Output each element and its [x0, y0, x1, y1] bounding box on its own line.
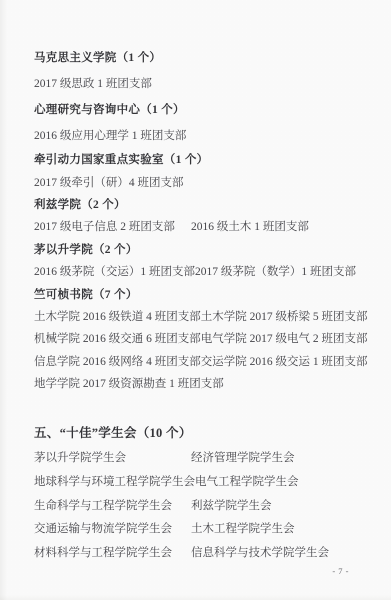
- student-union-row: 交通运输与物流学院学生会 土木工程学院学生会: [34, 516, 377, 540]
- branch-row: 2017 级牵引（研）4 班团支部: [34, 170, 377, 192]
- student-union-cell: 经济管理学院学生会: [191, 449, 295, 465]
- student-union-cell: 电气工程学院学生会: [195, 473, 299, 489]
- student-union-cell: 交通运输与物流学院学生会: [34, 520, 191, 536]
- branch-cell: 2017 级牵引（研）4 班团支部: [34, 174, 191, 190]
- student-union-cell: 土木工程学院学生会: [191, 520, 295, 536]
- student-union-cell: 利兹学院学生会: [191, 497, 272, 513]
- college-header: 利兹学院（2 个）: [34, 193, 377, 215]
- college-header: 马克思主义学院（1 个）: [34, 44, 377, 70]
- branch-cell: 2016 级应用心理学 1 班团支部: [34, 127, 191, 143]
- college-header-text: 竺可桢书院（7 个）: [34, 286, 191, 302]
- college-header: 茅以升学院（2 个）: [34, 238, 377, 260]
- branch-cell: 2017 级电子信息 2 班团支部: [34, 218, 191, 234]
- student-union-cell: 生命科学与工程学院学生会: [34, 497, 191, 513]
- college-header-text: 利兹学院（2 个）: [34, 196, 191, 212]
- document-body: 马克思主义学院（1 个） 2017 级思政 1 班团支部 心理研究与咨询中心（1…: [34, 44, 377, 564]
- branch-row: 地学学院 2017 级资源勘查 1 班团支部: [34, 372, 377, 394]
- branch-cell: 地学学院 2017 级资源勘查 1 班团支部: [34, 375, 224, 391]
- college-header: 心理研究与咨询中心（1 个）: [34, 96, 377, 122]
- branch-row: 2017 级思政 1 班团支部: [34, 70, 377, 96]
- student-union-cell: 信息科学与技术学院学生会: [191, 544, 329, 560]
- branch-row: 2016 级应用心理学 1 班团支部: [34, 122, 377, 148]
- college-header-text: 心理研究与咨询中心（1 个）: [34, 101, 191, 117]
- branch-cell: 电气学院 2017 级电气 2 班团支部: [201, 330, 368, 346]
- student-union-row: 茅以升学院学生会 经济管理学院学生会: [34, 445, 377, 469]
- student-union-cell: 茅以升学院学生会: [34, 449, 191, 465]
- branch-row: 2017 级电子信息 2 班团支部 2016 级土木 1 班团支部: [34, 215, 377, 237]
- branch-cell: 土木学院 2016 级铁道 4 班团支部: [34, 308, 201, 324]
- student-union-cell: 地球科学与环境工程学院学生会: [34, 473, 195, 489]
- college-header-text: 马克思主义学院（1 个）: [34, 49, 191, 65]
- section-title: 五、“十佳”学生会（10 个）: [34, 418, 377, 445]
- branch-cell: 2016 级茅院（交运）1 班团支部: [34, 263, 195, 279]
- branch-cell: 2016 级土木 1 班团支部: [191, 218, 309, 234]
- college-header-text: 茅以升学院（2 个）: [34, 241, 191, 257]
- branch-award-section: 马克思主义学院（1 个） 2017 级思政 1 班团支部 心理研究与咨询中心（1…: [34, 44, 377, 394]
- branch-cell: 机械学院 2016 级交通 6 班团支部: [34, 330, 201, 346]
- page-number: - 7 -: [332, 566, 349, 576]
- branch-cell: 信息学院 2016 级网络 4 班团支部: [34, 353, 201, 369]
- branch-cell: 2017 级茅院（数学）1 班团支部: [195, 263, 356, 279]
- branch-cell: 土木学院 2017 级桥梁 5 班团支部: [201, 308, 368, 324]
- student-union-cell: 材料科学与工程学院学生会: [34, 544, 191, 560]
- branch-row: 土木学院 2016 级铁道 4 班团支部 土木学院 2017 级桥梁 5 班团支…: [34, 305, 377, 327]
- branch-cell: 交运学院 2016 级交运 1 班团支部: [201, 353, 368, 369]
- branch-row: 机械学院 2016 级交通 6 班团支部 电气学院 2017 级电气 2 班团支…: [34, 327, 377, 349]
- student-union-row: 生命科学与工程学院学生会 利兹学院学生会: [34, 493, 377, 517]
- college-header: 牵引动力国家重点实验室（1 个）: [34, 148, 377, 170]
- branch-cell: 2017 级思政 1 班团支部: [34, 75, 191, 91]
- college-header: 竺可桢书院（7 个）: [34, 282, 377, 304]
- top-ten-student-union-section: 五、“十佳”学生会（10 个） 茅以升学院学生会 经济管理学院学生会 地球科学与…: [34, 418, 377, 563]
- college-header-text: 牵引动力国家重点实验室（1 个）: [34, 151, 208, 167]
- student-union-row: 材料科学与工程学院学生会 信息科学与技术学院学生会: [34, 540, 377, 564]
- branch-row: 2016 级茅院（交运）1 班团支部 2017 级茅院（数学）1 班团支部: [34, 260, 377, 282]
- student-union-row: 地球科学与环境工程学院学生会 电气工程学院学生会: [34, 469, 377, 493]
- branch-row: 信息学院 2016 级网络 4 班团支部 交运学院 2016 级交运 1 班团支…: [34, 350, 377, 372]
- scanned-document-page: 马克思主义学院（1 个） 2017 级思政 1 班团支部 心理研究与咨询中心（1…: [0, 0, 391, 600]
